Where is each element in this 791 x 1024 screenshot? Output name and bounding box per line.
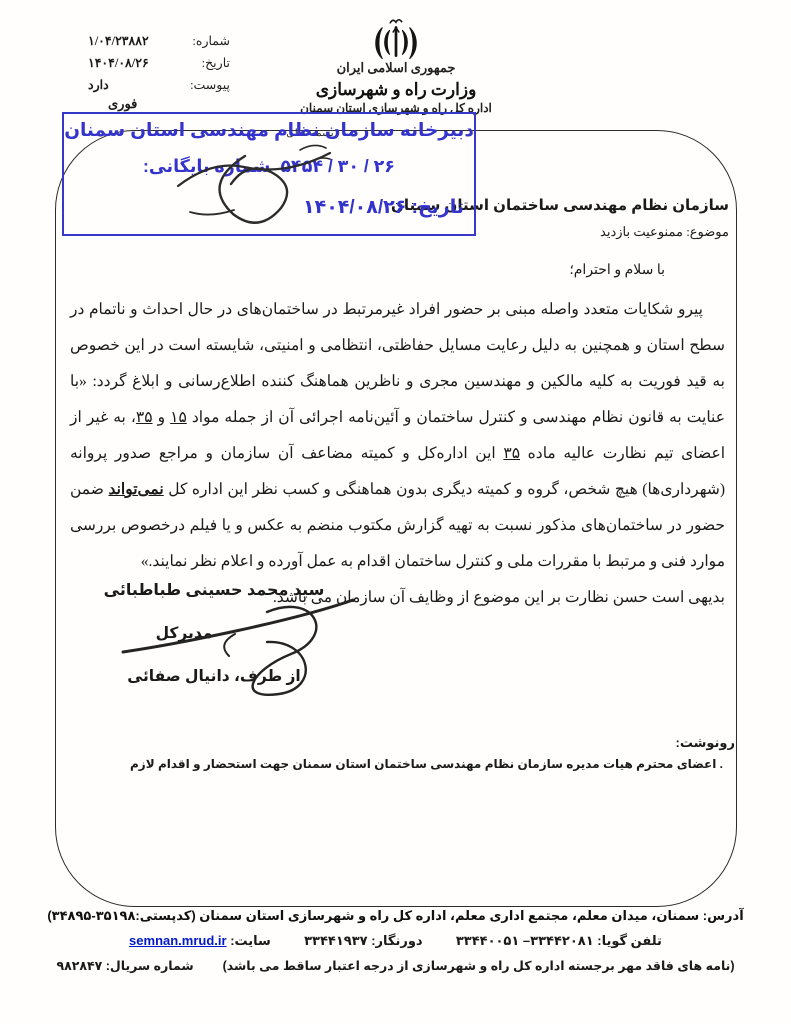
signer-title: مدیرکل <box>78 624 350 643</box>
letter-meta-fields: شماره: ۱/۰۴/۲۳۸۸۲ تاریخ: ۱۴۰۴/۰۸/۲۶ پیوس… <box>70 30 230 112</box>
letter-date-value: ۱۴۰۴/۰۸/۲۶ <box>70 52 178 74</box>
stamp-date-value: ۱۴۰۴/۰۸/۲۶ <box>303 197 406 218</box>
signed-on-behalf: از طرف، دانیال صفائی <box>78 667 350 686</box>
subject-value: ممنوعیت بازدید <box>600 224 683 239</box>
letter-number-row: شماره: ۱/۰۴/۲۳۸۸۲ <box>70 30 230 52</box>
footer-validity-note: (نامه های فاقد مهر برجسته اداره کل راه و… <box>223 959 735 973</box>
stamp-archive-label: شماره بایگانی: <box>143 156 270 177</box>
signature-block: سید محمد حسینی طباطبائی مدیرکل از طرف، د… <box>78 580 350 686</box>
footer-serial-value: ۹۸۲۸۴۷ <box>56 959 102 973</box>
cc-label: رونوشت: <box>676 735 735 751</box>
footer-fax-value: ۳۳۴۴۱۹۳۷ <box>304 933 367 948</box>
stamp-org-line: دبیرخانه سازمان نظام مهندسی استان سمنان <box>64 119 474 141</box>
scanned-official-letter: جمهوری اسلامی ایران وزارت راه و شهرسازی … <box>0 0 791 1024</box>
urgency-stamp: فوری <box>70 96 230 112</box>
letter-attachment-value: دارد <box>70 74 178 96</box>
letter-date-row: تاریخ: ۱۴۰۴/۰۸/۲۶ <box>70 52 230 74</box>
footer-phone-value: ۳۳۴۴۲۰۸۱– ۳۳۴۴۰۰۵۱ <box>456 933 594 948</box>
subject-line: موضوع: ممنوعیت بازدید <box>600 224 729 240</box>
body-paragraph: پیرو شکایات متعدد واصله مبنی بر حضور افر… <box>70 292 725 580</box>
footer-site-label: سایت: <box>230 933 271 948</box>
footer-address: آدرس: سمنان، میدان معلم، مجتمع اداری معل… <box>0 908 791 924</box>
footer-contact-line: تلفن گویا: ۳۳۴۴۲۰۸۱– ۳۳۴۴۰۰۵۱ دورنگار: ۳… <box>0 933 791 949</box>
letter-attachment-label: پیوست: <box>178 74 230 96</box>
republic-title: جمهوری اسلامی ایران <box>250 60 542 76</box>
letter-date-label: تاریخ: <box>178 52 230 74</box>
letter-attachment-row: پیوست: دارد <box>70 74 230 96</box>
ministry-title: وزارت راه و شهرسازی <box>250 80 542 100</box>
signer-name: سید محمد حسینی طباطبائی <box>78 580 350 600</box>
footer-phone-label: تلفن گویا: <box>597 933 662 948</box>
underlined-article-15: ۱۵ <box>170 409 187 426</box>
body-seg: پیرو شکایات متعدد واصله مبنی بر حضور افر… <box>70 301 725 426</box>
underlined-article-35b: ۳۵ <box>503 445 520 462</box>
bold-cannot-word: نمی‌تواند <box>108 481 163 498</box>
footer-fax-label: دورنگار: <box>371 933 422 948</box>
body-seg: و <box>153 409 171 426</box>
stamp-archive-line: شماره بایگانی: ۵۴۵۴ / ۳۰ / ۲۶ <box>78 156 460 177</box>
subject-label: موضوع: <box>686 224 729 239</box>
letter-body: پیرو شکایات متعدد واصله مبنی بر حضور افر… <box>70 292 725 616</box>
iran-emblem-icon <box>372 16 420 64</box>
footer-validity-line: (نامه های فاقد مهر برجسته اداره کل راه و… <box>0 958 791 973</box>
greeting-line: با سلام و احترام؛ <box>569 262 665 279</box>
secretariat-receipt-stamp: دبیرخانه سازمان نظام مهندسی استان سمنان … <box>62 112 476 236</box>
letter-number-value: ۱/۰۴/۲۳۸۸۲ <box>70 30 178 52</box>
stamp-date-label: تاریخ: <box>412 197 464 218</box>
stamp-archive-number: ۵۴۵۴ / ۳۰ / ۲۶ <box>280 156 395 177</box>
letter-number-label: شماره: <box>178 30 230 52</box>
footer-site-url: semnan.mrud.ir <box>129 933 227 948</box>
stamp-date-line: تاریخ: ۱۴۰۴/۰۸/۲۶ <box>303 196 464 219</box>
underlined-article-35: ۳۵ <box>136 409 153 426</box>
letterhead-footer: آدرس: سمنان، میدان معلم، مجتمع اداری معل… <box>0 908 791 973</box>
footer-serial-label: شماره سریال: <box>106 959 194 973</box>
cc-item: . اعضای محترم هیات مدیره سازمان نظام مهن… <box>130 757 723 771</box>
